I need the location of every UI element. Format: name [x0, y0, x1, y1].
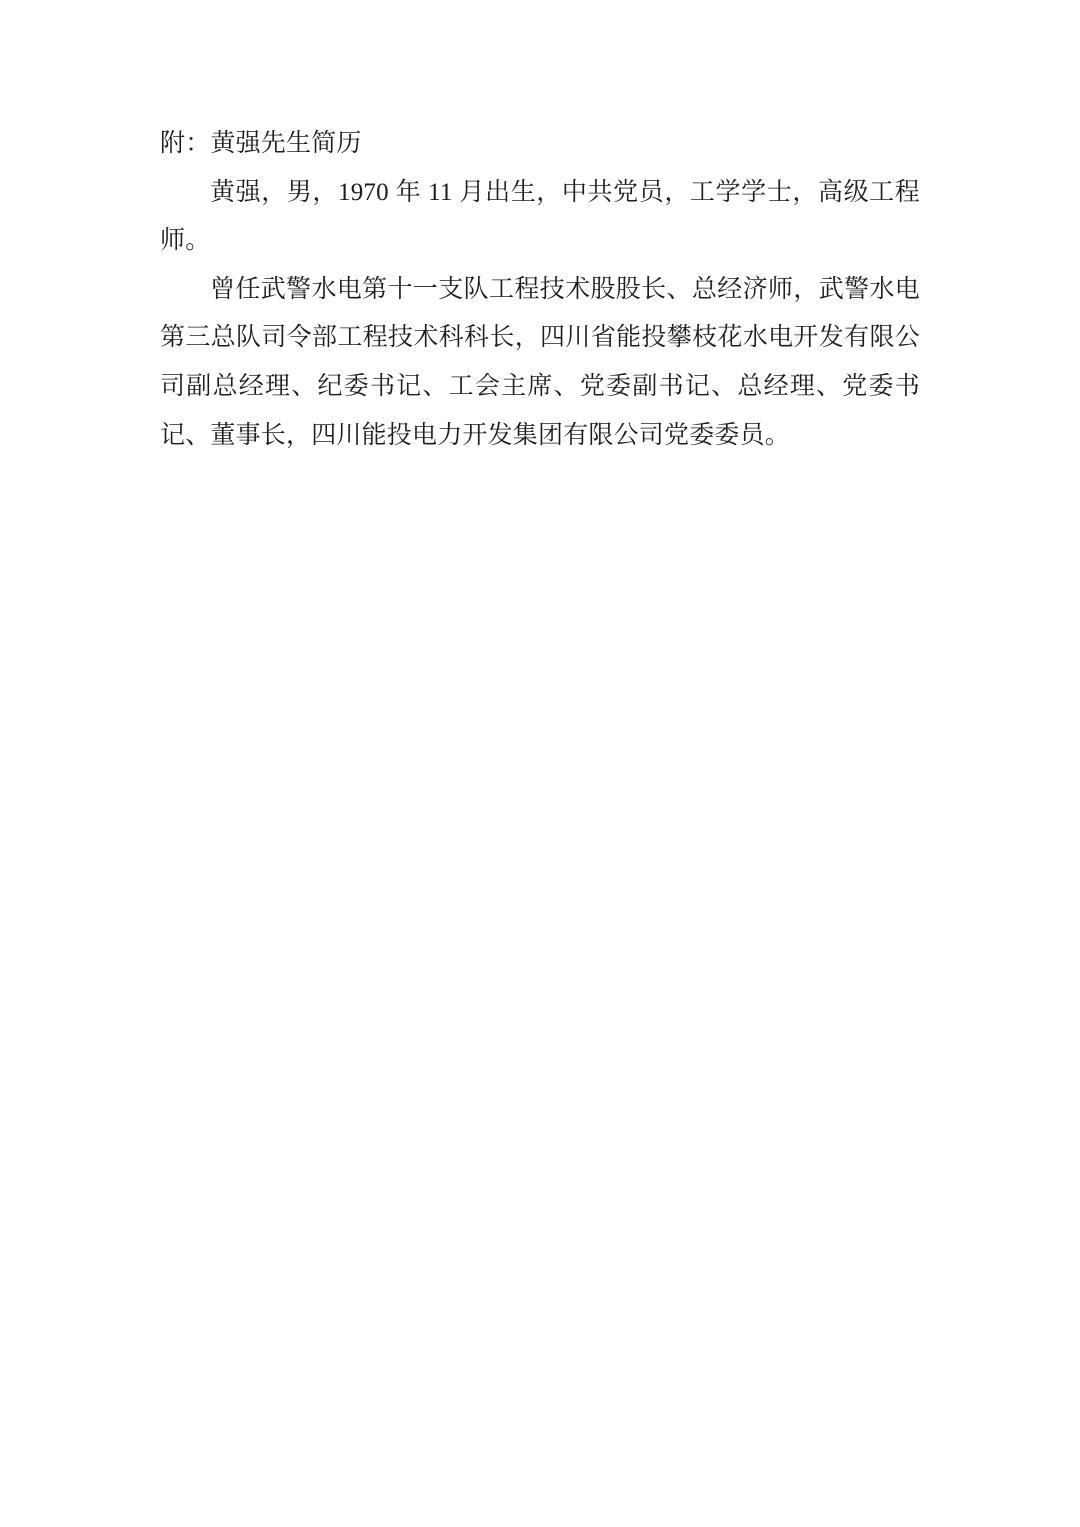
- document-page: 附：黄强先生简历 黄强，男，1970 年 11 月出生，中共党员，工学学士，高级…: [0, 0, 1080, 1527]
- career-history-paragraph: 曾任武警水电第十一支队工程技术股股长、总经济师，武警水电第三总队司令部工程技术科…: [160, 266, 920, 460]
- attachment-title: 附：黄强先生简历: [160, 120, 920, 169]
- document-text-block: 附：黄强先生简历 黄强，男，1970 年 11 月出生，中共党员，工学学士，高级…: [160, 120, 920, 460]
- bio-summary-paragraph: 黄强，男，1970 年 11 月出生，中共党员，工学学士，高级工程师。: [160, 169, 920, 266]
